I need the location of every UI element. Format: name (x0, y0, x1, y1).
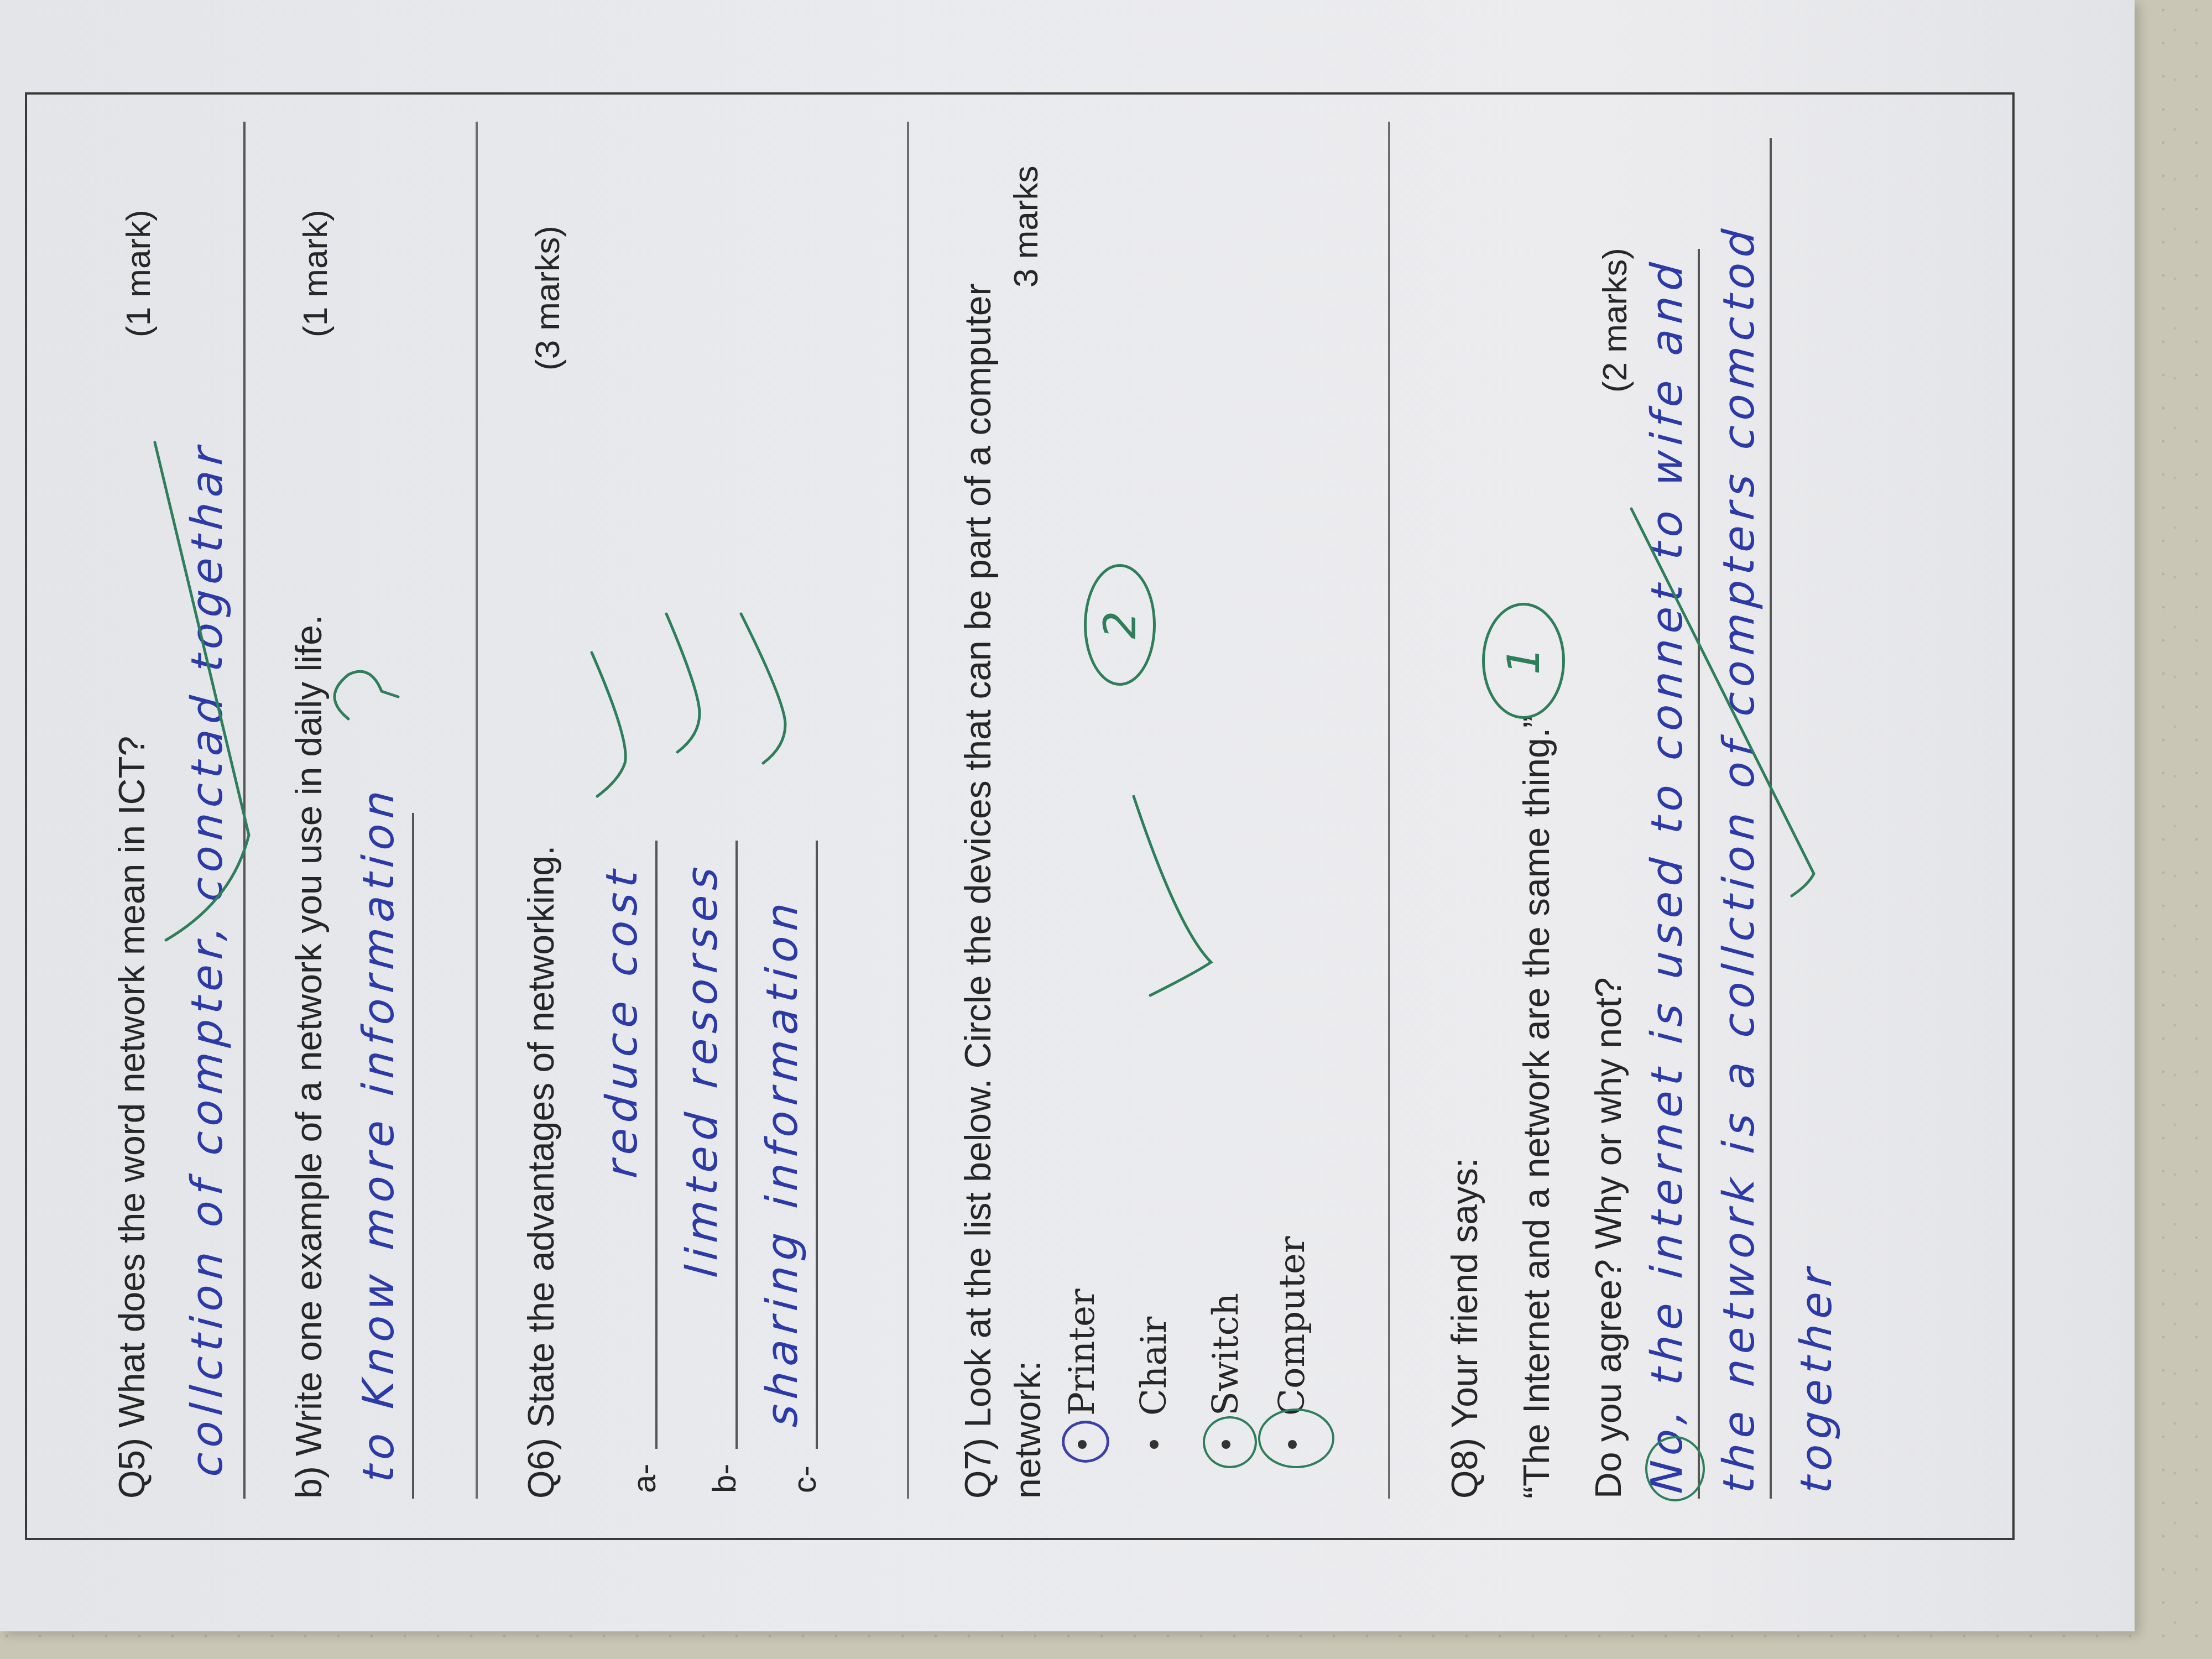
q8-answer-line1: No, the internet is used to connet to wi… (1642, 256, 1692, 1495)
q5b-answer-line (412, 813, 414, 1499)
q6-question: Q6) State the advantages of networking. (520, 846, 562, 1499)
q8-answer-line2: the network is a collction of compters c… (1714, 222, 1764, 1495)
q8-question: Q8) Your friend says: (1443, 1158, 1485, 1499)
q5b-answer: to Know more information (354, 784, 404, 1484)
q6-marks: (3 marks) (528, 226, 567, 371)
q8-answer-rule2 (1770, 138, 1772, 1499)
teacher-circle-mark (1645, 1436, 1705, 1501)
worksheet-page: Q5) What does the word network mean in I… (0, 0, 2212, 1659)
q5-answer: collction of compter, conctad togethar (182, 440, 232, 1478)
q5-marks: (1 mark) (119, 210, 158, 337)
q5b-marks: (1 mark) (296, 210, 335, 337)
q6-item-a-line (655, 841, 658, 1449)
q5b-question: b) Write one example of a network you us… (288, 615, 330, 1499)
q6-item-b-line (735, 841, 738, 1449)
q8-prompt: Do you agree? Why or why not? (1587, 977, 1629, 1499)
student-circle-mark (1062, 1421, 1109, 1463)
bullet-icon (1150, 1440, 1159, 1449)
q6-item-c-line (816, 841, 818, 1449)
q7-score-badge: 2 (1084, 564, 1156, 686)
option-label: Computer (1272, 1236, 1313, 1416)
q5-answer-line (243, 122, 246, 1499)
q8-marks: (2 marks) (1595, 248, 1635, 393)
q5-question: Q5) What does the word network mean in I… (111, 736, 153, 1499)
section-divider (1388, 122, 1390, 1499)
q7-question-line2: network: (1006, 1361, 1048, 1499)
q7-marks: 3 marks (1006, 166, 1046, 288)
section-divider (907, 122, 909, 1499)
option-label: Switch (1206, 1293, 1246, 1416)
q8-answer-rule1 (1698, 249, 1700, 1499)
q6-item-a-prefix: a- (625, 1464, 663, 1493)
option-label: Chair (1134, 1317, 1175, 1416)
teacher-circle-mark (1203, 1416, 1257, 1468)
q6-item-a-answer: reduce cost (597, 863, 647, 1180)
q8-quote: “The Internet and a network are the same… (1515, 716, 1557, 1499)
q8-score-badge: 1 (1482, 603, 1565, 719)
q7-option-chair[interactable]: Chair (1134, 1317, 1175, 1449)
q6-item-c-prefix: c- (785, 1465, 823, 1493)
q6-item-b-prefix: b- (705, 1464, 743, 1493)
section-divider (476, 122, 478, 1499)
q7-question-line1: Q7) Look at the list below. Circle the d… (957, 284, 999, 1499)
option-label: Printer (1062, 1288, 1103, 1416)
q6-item-b-answer: limted resorses (677, 860, 727, 1279)
q8-answer-line3: together (1792, 1261, 1841, 1495)
teacher-circle-mark (1258, 1408, 1334, 1468)
q6-item-c-answer: sharing information (758, 896, 807, 1428)
